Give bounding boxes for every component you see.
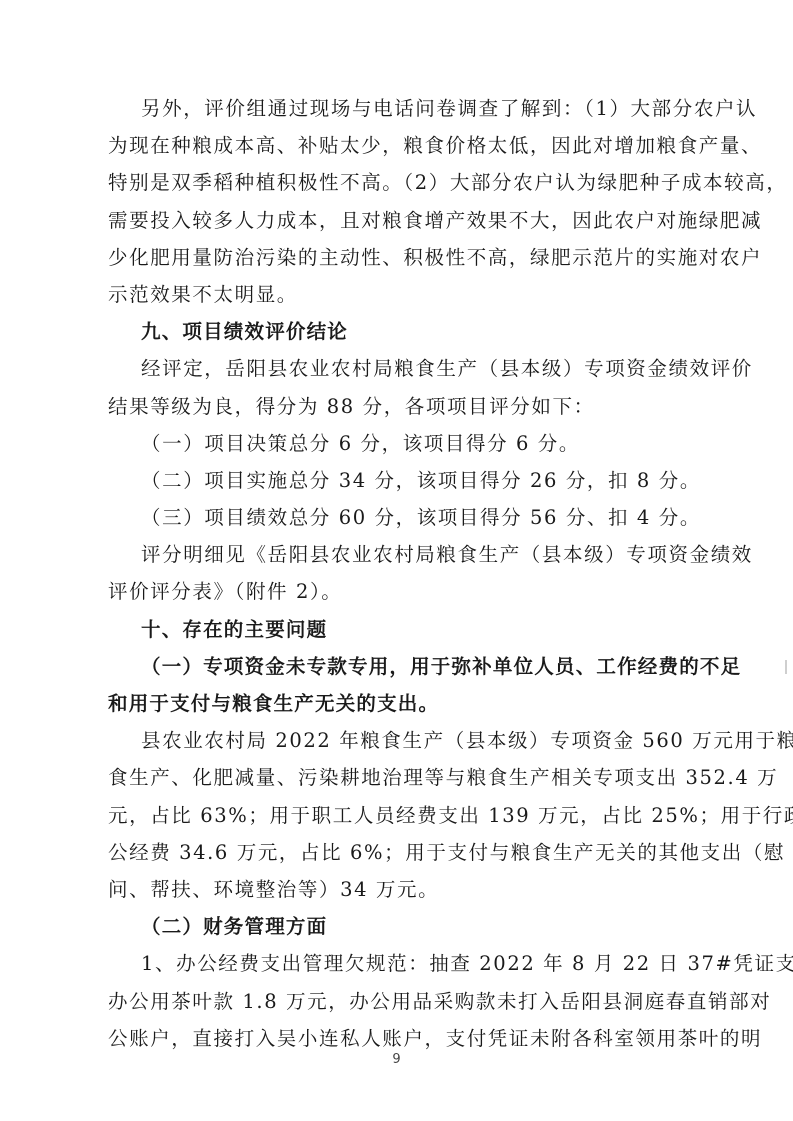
text-line: 结果等级为良，得分为 88 分，各项项目评分如下： (108, 388, 688, 425)
text-line: 评分明细见《岳阳县农业农村局粮食生产（县本级）专项资金绩效 (108, 536, 688, 573)
paragraph-farmer-survey: 另外，评价组通过现场与电话问卷调查了解到：（1）大部分农户认 为现在种粮成本高、… (108, 90, 688, 313)
subsection-heading-financial-management: （二）财务管理方面 (108, 908, 688, 945)
paragraph-office-expense: 1、办公经费支出管理欠规范：抽查 2022 年 8 月 22 日 37#凭证支付… (108, 945, 688, 1057)
text-line: 元，占比 63%；用于职工人员经费支出 139 万元，占比 25%；用于行政办 (108, 797, 688, 834)
score-item-decision: （一）项目决策总分 6 分，该项目得分 6 分。 (108, 425, 688, 462)
text-line: 评价评分表》（附件 2）。 (108, 573, 688, 610)
paragraph-evaluation-result: 经评定，岳阳县农业农村局粮食生产（县本级）专项资金绩效评价 结果等级为良，得分为… (108, 350, 688, 424)
scan-artifact (785, 660, 787, 674)
score-item-implementation: （二）项目实施总分 34 分，该项目得分 26 分，扣 8 分。 (108, 462, 688, 499)
section-heading-10: 十、存在的主要问题 (108, 611, 688, 648)
score-list: （一）项目决策总分 6 分，该项目得分 6 分。 （二）项目实施总分 34 分，… (108, 425, 688, 537)
text-line: 示范效果不太明显。 (108, 276, 688, 313)
section-heading-9: 九、项目绩效评价结论 (108, 313, 688, 350)
page-body: 另外，评价组通过现场与电话问卷调查了解到：（1）大部分农户认 为现在种粮成本高、… (108, 90, 688, 1057)
text-line: 另外，评价组通过现场与电话问卷调查了解到：（1）大部分农户认 (108, 90, 688, 127)
text-line: 需要投入较多人力成本，且对粮食增产效果不大，因此农户对施绿肥减 (108, 202, 688, 239)
score-item-performance: （三）项目绩效总分 60 分，该项目得分 56 分、扣 4 分。 (108, 499, 688, 536)
text-line: 和用于支付与粮食生产无关的支出。 (108, 685, 688, 722)
text-line: 特别是双季稻种植积极性不高。（2）大部分农户认为绿肥种子成本较高， (108, 164, 688, 201)
document-page: 另外，评价组通过现场与电话问卷调查了解到：（1）大部分农户认 为现在种粮成本高、… (0, 0, 793, 1121)
text-line: 办公用茶叶款 1.8 万元，办公用品采购款未打入岳阳县洞庭春直销部对 (108, 983, 688, 1020)
text-line: （一）专项资金未专款专用，用于弥补单位人员、工作经费的不足 (108, 648, 688, 685)
text-line: 问、帮扶、环境整治等）34 万元。 (108, 871, 688, 908)
text-line: 为现在种粮成本高、补贴太少，粮食价格太低，因此对增加粮食产量、 (108, 127, 688, 164)
page-number: 9 (0, 1052, 793, 1067)
text-line: 食生产、化肥减量、污染耕地治理等与粮食生产相关专项支出 352.4 万 (108, 759, 688, 796)
text-line: 经评定，岳阳县农业农村局粮食生产（县本级）专项资金绩效评价 (108, 350, 688, 387)
paragraph-score-detail: 评分明细见《岳阳县农业农村局粮食生产（县本级）专项资金绩效 评价评分表》（附件 … (108, 536, 688, 610)
text-line: 县农业农村局 2022 年粮食生产（县本级）专项资金 560 万元用于粮 (108, 722, 688, 759)
text-line: 公经费 34.6 万元，占比 6%；用于支付与粮食生产无关的其他支出（慰 (108, 834, 688, 871)
paragraph-funds-breakdown: 县农业农村局 2022 年粮食生产（县本级）专项资金 560 万元用于粮 食生产… (108, 722, 688, 908)
text-line: 1、办公经费支出管理欠规范：抽查 2022 年 8 月 22 日 37#凭证支付 (108, 945, 688, 982)
subsection-heading-funds-misuse: （一）专项资金未专款专用，用于弥补单位人员、工作经费的不足 和用于支付与粮食生产… (108, 648, 688, 722)
text-line: 少化肥用量防治污染的主动性、积极性不高，绿肥示范片的实施对农户 (108, 239, 688, 276)
